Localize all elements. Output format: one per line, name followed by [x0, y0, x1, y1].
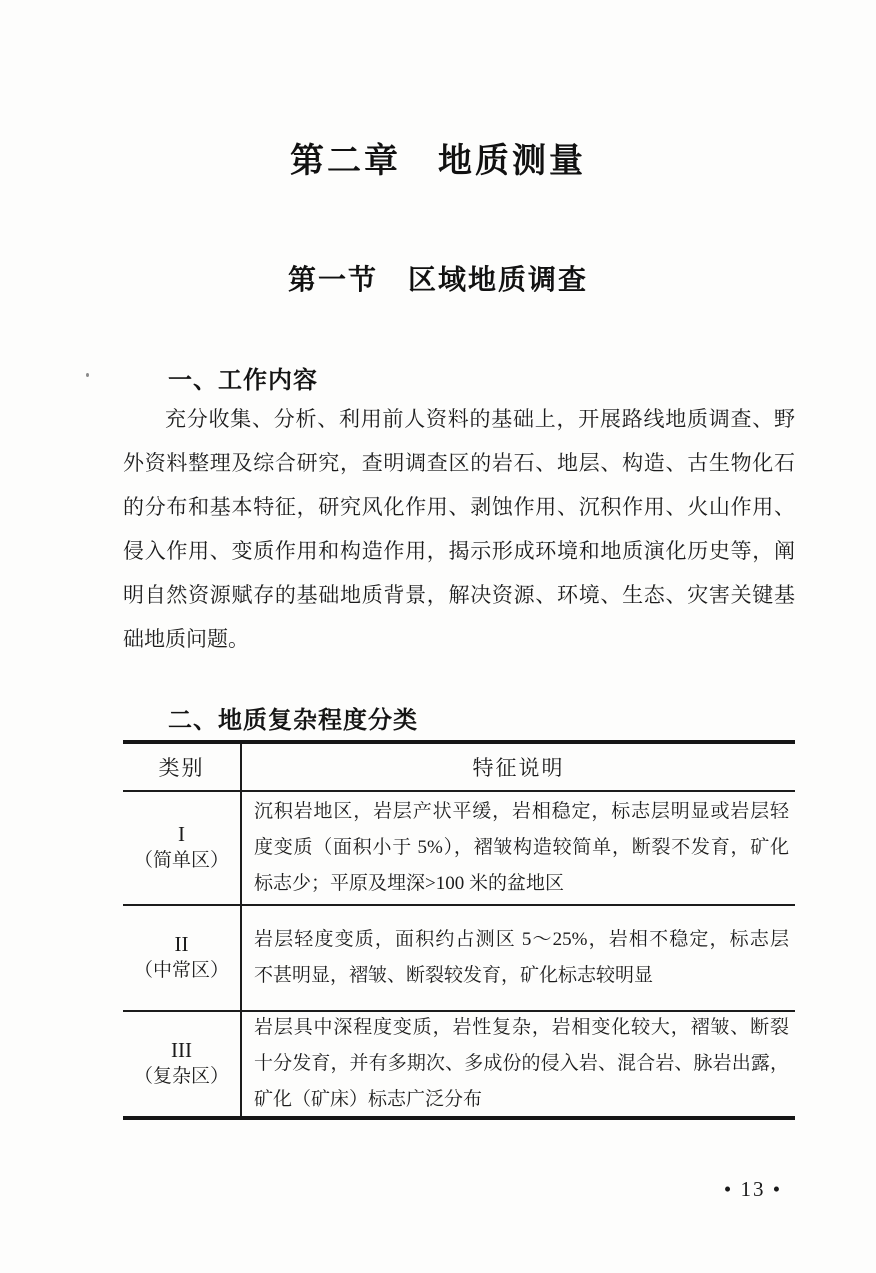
description-cell: 岩层轻度变质，面积约占测区 5～25%，岩相不稳定，标志层 不甚明显，褶皱、断裂… [242, 906, 795, 1010]
table-row-grade-3: III （复杂区） 岩层具中深程度变质，岩性复杂，岩相变化较大，褶皱、断裂 十分… [123, 1012, 795, 1116]
description-line: 度变质（面积小于 5%），褶皱构造较简单，断裂不发育，矿化 [254, 830, 789, 866]
category-cell: II （中常区） [123, 906, 242, 1010]
paragraph-line: 外资料整理及综合研究，查明调查区的岩石、地层、构造、古生物化石 [123, 441, 795, 485]
description-line: 岩层具中深程度变质，岩性复杂，岩相变化较大，褶皱、断裂 [254, 1010, 789, 1046]
paragraph-line: 充分收集、分析、利用前人资料的基础上，开展路线地质调查、野 [123, 397, 795, 441]
description-line: 标志少；平原及埋深>100 米的盆地区 [254, 866, 789, 902]
description-cell: 岩层具中深程度变质，岩性复杂，岩相变化较大，褶皱、断裂 十分发育，并有多期次、多… [242, 1012, 795, 1116]
classification-table: 类别 特征说明 I （简单区） 沉积岩地区，岩层产状平缓，岩相稳定，标志层明显或… [123, 740, 795, 1120]
zone-label: （中常区） [134, 957, 229, 985]
section-title: 第一节 区域地质调查 [0, 258, 876, 298]
zone-label: （简单区） [134, 847, 229, 875]
header-category-label: 类别 [159, 752, 205, 782]
grade-numeral: II [175, 931, 189, 957]
work-content-paragraph: 充分收集、分析、利用前人资料的基础上，开展路线地质调查、野 外资料整理及综合研究… [123, 397, 795, 661]
page-number: • 13 • [700, 1177, 806, 1202]
paragraph-line: 础地质问题。 [123, 617, 795, 661]
description-line: 岩层轻度变质，面积约占测区 5～25%，岩相不稳定，标志层 [254, 922, 789, 958]
grade-numeral: III [171, 1037, 192, 1063]
document-page: 第二章 地质测量 第一节 区域地质调查 一、工作内容 充分收集、分析、利用前人资… [0, 0, 876, 1273]
paragraph-line: 侵入作用、变质作用和构造作用，揭示形成环境和地质演化历史等，阐 [123, 529, 795, 573]
category-cell: III （复杂区） [123, 1012, 242, 1116]
table-header-cell-category: 类别 [123, 744, 242, 790]
scan-speck [86, 373, 89, 377]
description-cell: 沉积岩地区，岩层产状平缓，岩相稳定，标志层明显或岩层轻 度变质（面积小于 5%）… [242, 792, 795, 904]
description-line: 不甚明显，褶皱、断裂较发育，矿化标志较明显 [254, 958, 789, 994]
table-header-row: 类别 特征说明 [123, 744, 795, 792]
table-row-grade-2: II （中常区） 岩层轻度变质，面积约占测区 5～25%，岩相不稳定，标志层 不… [123, 906, 795, 1012]
heading-classification: 二、地质复杂程度分类 [168, 700, 418, 735]
chapter-title: 第二章 地质测量 [0, 133, 876, 182]
description-line: 矿化（矿床）标志广泛分布 [254, 1082, 789, 1118]
paragraph-line: 的分布和基本特征，研究风化作用、剥蚀作用、沉积作用、火山作用、 [123, 485, 795, 529]
header-description-label: 特征说明 [473, 752, 565, 782]
description-line: 十分发育，并有多期次、多成份的侵入岩、混合岩、脉岩出露， [254, 1046, 789, 1082]
paragraph-line: 明自然资源赋存的基础地质背景，解决资源、环境、生态、灾害关键基 [123, 573, 795, 617]
category-cell: I （简单区） [123, 792, 242, 904]
description-line: 沉积岩地区，岩层产状平缓，岩相稳定，标志层明显或岩层轻 [254, 794, 789, 830]
zone-label: （复杂区） [134, 1063, 229, 1091]
heading-work-content: 一、工作内容 [168, 360, 318, 395]
grade-numeral: I [178, 821, 185, 847]
table-header-cell-description: 特征说明 [242, 744, 795, 790]
table-row-grade-1: I （简单区） 沉积岩地区，岩层产状平缓，岩相稳定，标志层明显或岩层轻 度变质（… [123, 792, 795, 906]
